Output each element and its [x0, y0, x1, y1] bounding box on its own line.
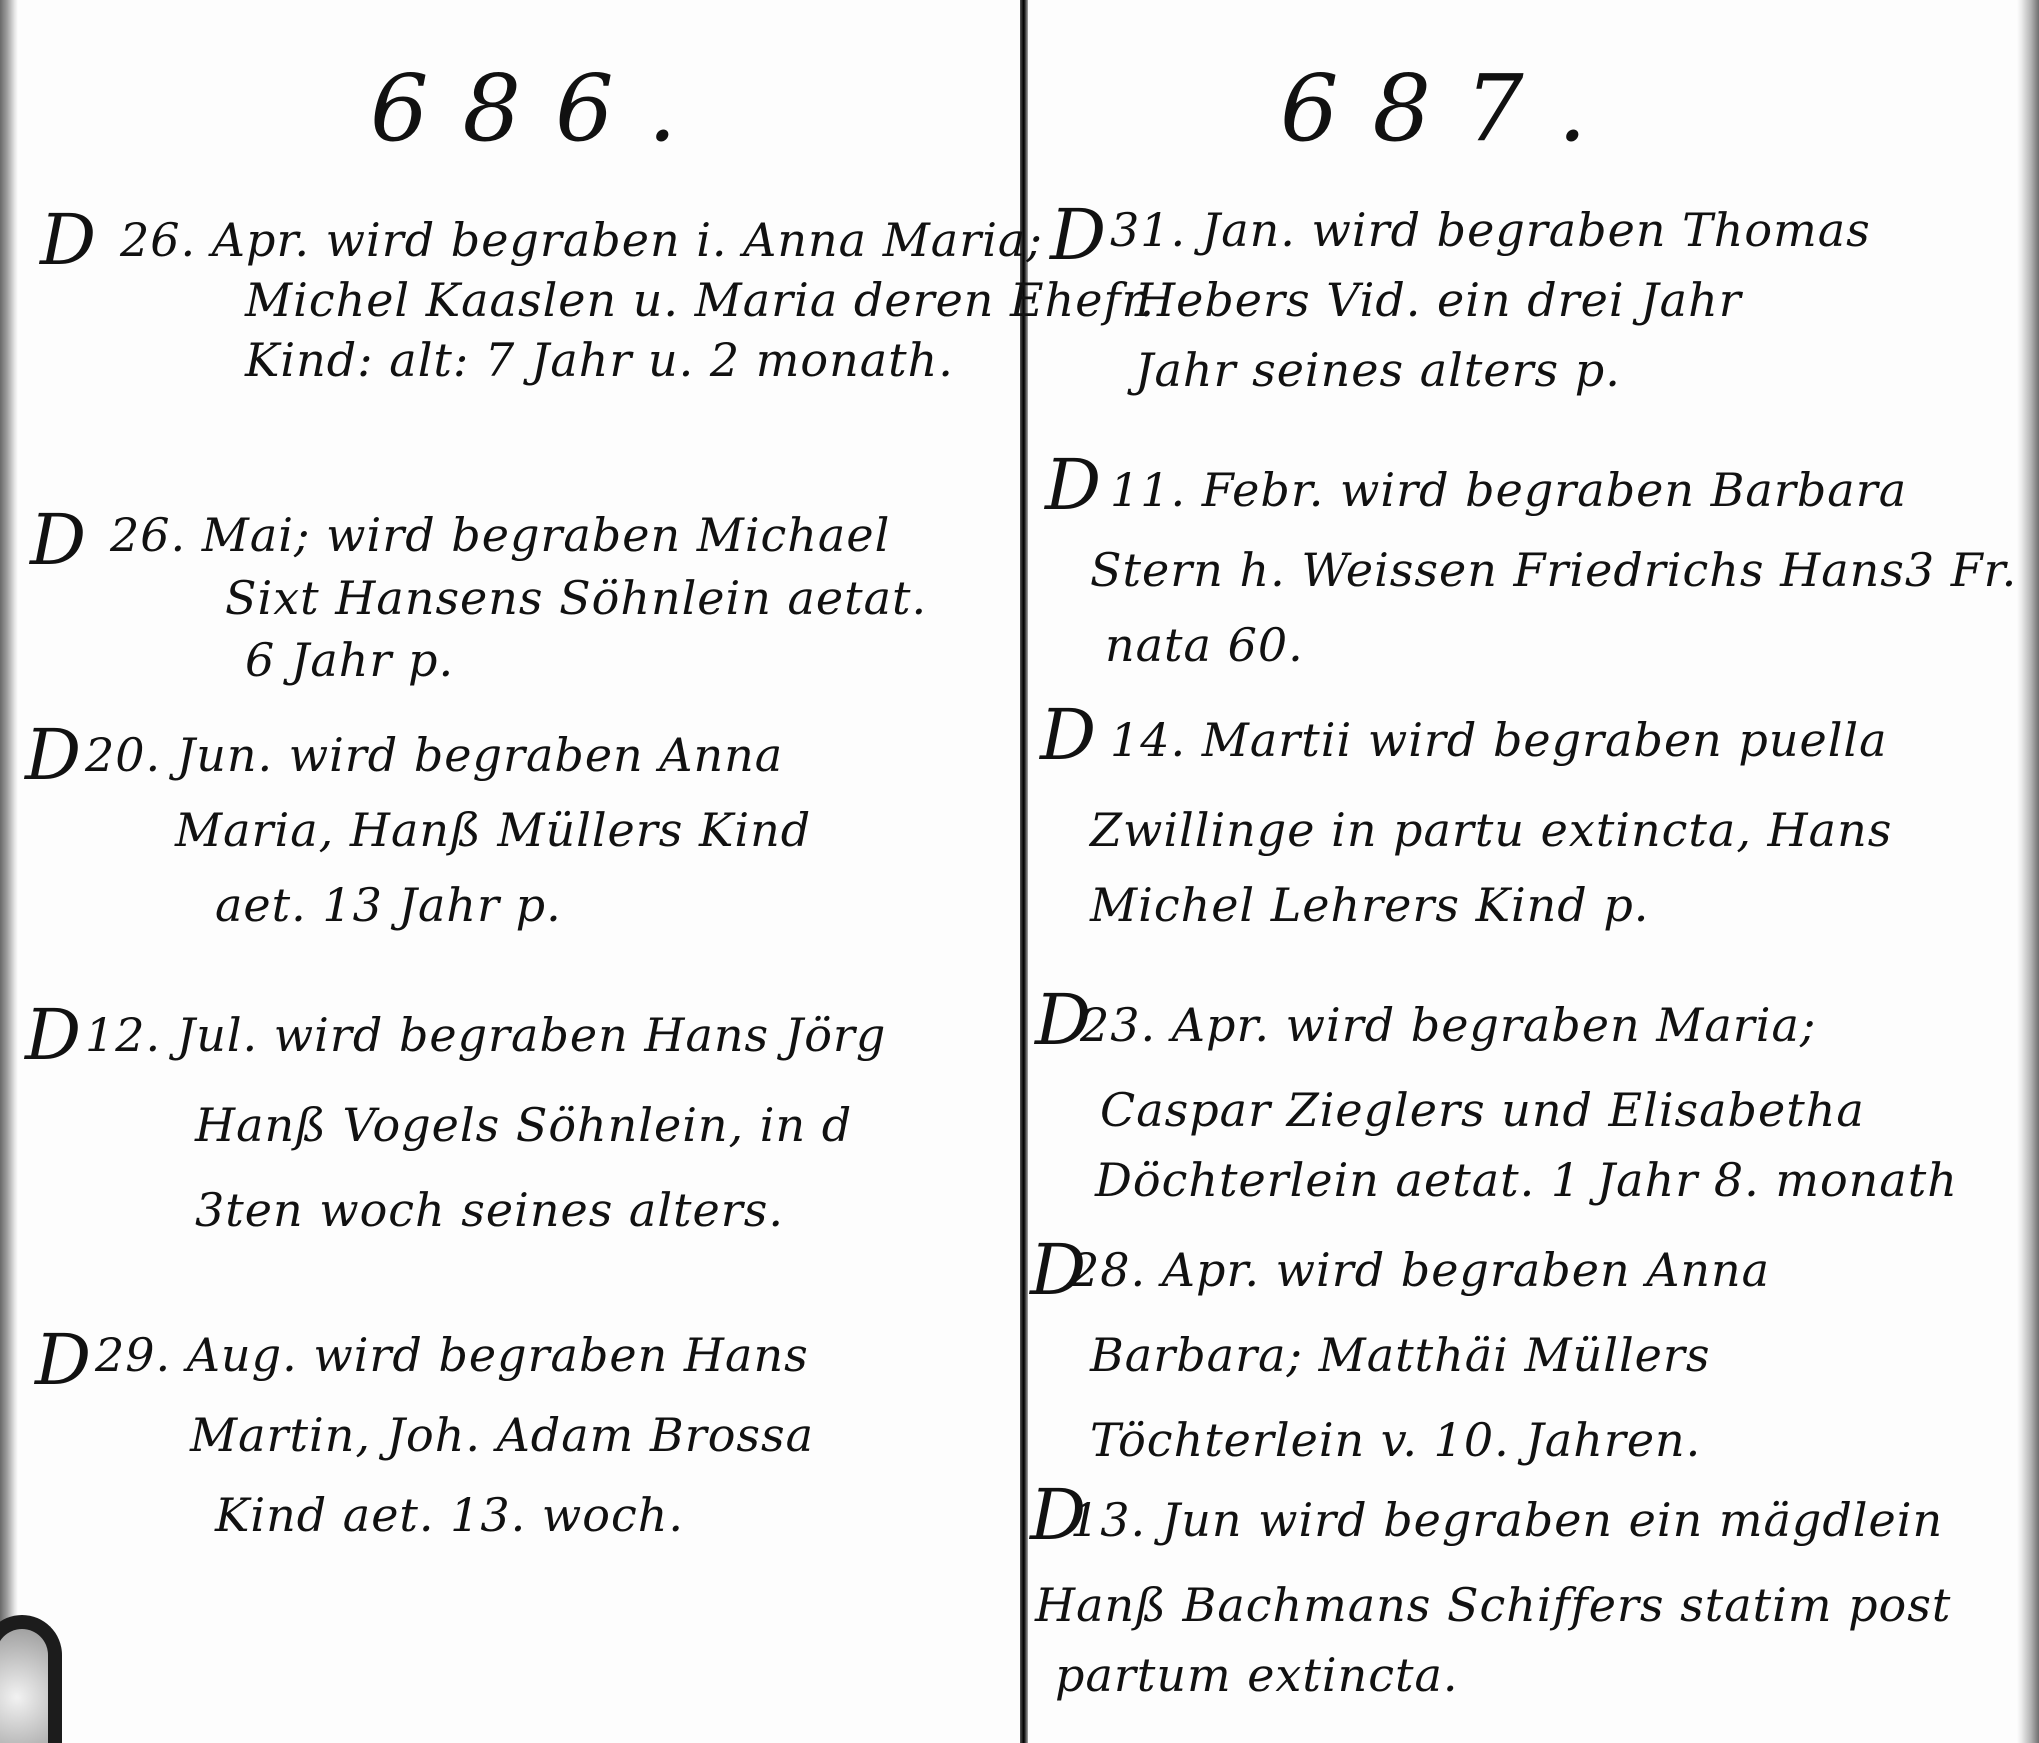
entry-marker: D [35, 1325, 91, 1395]
entry-line: Caspar Zieglers und Elisabetha [1100, 1085, 1865, 1135]
entry-line: 31. Jan. wird begraben Thomas [1110, 205, 1871, 255]
entry-line: Jahr seines alters p. [1135, 345, 1621, 395]
entry-line: Barbara; Matthäi Müllers [1090, 1330, 1710, 1380]
entry-line: Zwillinge in partu extincta, Hans [1090, 805, 1892, 855]
entry-line: partum extincta. [1055, 1650, 1459, 1700]
entry-line: Döchterlein aetat. 1 Jahr 8. monath [1095, 1155, 1958, 1205]
entry-marker: D [1050, 200, 1106, 270]
entry-marker: D [25, 720, 81, 790]
page-number: 686. [370, 55, 711, 162]
entry-line: Hanß Vogels Söhnlein, in d [195, 1100, 852, 1150]
entry-line: 6 Jahr p. [245, 635, 454, 685]
entry-marker: D [25, 1000, 81, 1070]
entry-marker: D [30, 505, 86, 575]
entry-line: 11. Febr. wird begraben Barbara [1110, 465, 1907, 515]
entry-line: Hebers Vid. ein drei Jahr [1135, 275, 1742, 325]
entry-line: Kind: alt: 7 Jahr u. 2 monath. [245, 335, 954, 385]
entry-line: nata 60. [1105, 620, 1304, 670]
entry-marker: D [40, 205, 96, 275]
entry-line: Hanß Bachmans Schiffers statim post [1035, 1580, 1951, 1630]
entry-marker: D [1045, 450, 1101, 520]
entry-line: 14. Martii wird begraben puella [1110, 715, 1888, 765]
entry-line: aet. 13 Jahr p. [215, 880, 562, 930]
left-page: 686. D 26. Apr. wird begraben i. Anna Ma… [0, 0, 1022, 1743]
manuscript-spread: 686. D 26. Apr. wird begraben i. Anna Ma… [0, 0, 2039, 1743]
entry-line: Sixt Hansens Söhnlein aetat. [225, 573, 927, 623]
entry-line: Töchterlein v. 10. Jahren. [1090, 1415, 1701, 1465]
entry-line: 12. Jul. wird begraben Hans Jörg [85, 1010, 886, 1060]
entry-line: 3ten woch seines alters. [195, 1185, 784, 1235]
page-number: 687. [1280, 55, 1621, 162]
entry-line: Kind aet. 13. woch. [215, 1490, 684, 1540]
entry-line: 13. Jun wird begraben ein mägdlein [1070, 1495, 1943, 1545]
entry-line: 20. Jun. wird begraben Anna [85, 730, 783, 780]
entry-line: Michel Kaaslen u. Maria deren Ehefr. [245, 275, 1155, 325]
entry-line: 26. Mai; wird begraben Michael [110, 510, 890, 560]
entry-line: Michel Lehrers Kind p. [1090, 880, 1649, 930]
entry-line: 28. Apr. wird begraben Anna [1070, 1245, 1770, 1295]
right-page: 687. D 31. Jan. wird begraben Thomas Heb… [1030, 0, 2039, 1743]
entry-marker: D [1040, 700, 1096, 770]
entry-line: Maria, Hanß Müllers Kind [175, 805, 811, 855]
entry-line: 26. Apr. wird begraben i. Anna Maria; [120, 215, 1043, 265]
entry-line: Stern h. Weissen Friedrichs Hans3 Fr. [1090, 545, 2017, 595]
entry-line: 23. Apr. wird begraben Maria; [1080, 1000, 1816, 1050]
entry-line: Martin, Joh. Adam Brossa [190, 1410, 814, 1460]
entry-line: 29. Aug. wird begraben Hans [95, 1330, 809, 1380]
